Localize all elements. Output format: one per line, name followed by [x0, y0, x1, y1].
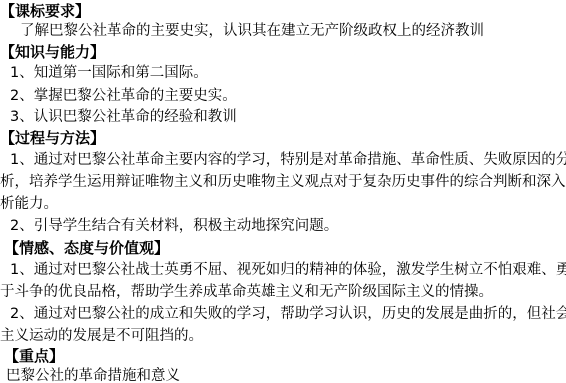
paragraph-line: 1、通过对巴黎公社战士英勇不屈、视死如归的精神的体验，激发学生树立不怕艰难、勇	[10, 260, 566, 280]
paragraph-line: 于斗争的优良品格，帮助学生养成革命英雄主义和无产阶级国际主义的情操。	[0, 282, 493, 302]
heading-knowledge: 【知识与能力】	[0, 42, 105, 62]
paragraph-line: 析能力。	[0, 194, 58, 214]
paragraph-line: 析，培养学生运用辩证唯物主义和历史唯物主义观点对于复杂历史事件的综合判断和深入分	[0, 172, 566, 192]
paragraph-line: 1、通过对巴黎公社革命主要内容的学习，特别是对革命措施、革命性质、失败原因的分	[10, 150, 566, 170]
paragraph-line: 2、通过对巴黎公社的成立和失败的学习，帮助学习认识，历史的发展是曲折的，但社会	[10, 304, 566, 324]
paragraph: 了解巴黎公社革命的主要史实，认识其在建立无产阶级政权上的经济教训	[20, 21, 484, 41]
heading-curriculum: 【课标要求】	[0, 1, 90, 21]
paragraph: 巴黎公社的革命措施和意义	[6, 366, 180, 383]
list-item: 3、认识巴黎公社革命的经验和教训	[10, 107, 237, 127]
paragraph-line: 主义运动的发展是不可阻挡的。	[0, 326, 203, 346]
heading-process: 【过程与方法】	[0, 128, 105, 148]
paragraph-line: 2、引导学生结合有关材料，积极主动地探究问题。	[10, 216, 338, 236]
list-item: 2、掌握巴黎公社革命的主要史实。	[10, 86, 237, 106]
heading-key-points: 【重点】	[4, 346, 64, 366]
heading-values: 【情感、态度与价值观】	[4, 238, 169, 258]
list-item: 1、知道第一国际和第二国际。	[10, 63, 208, 83]
